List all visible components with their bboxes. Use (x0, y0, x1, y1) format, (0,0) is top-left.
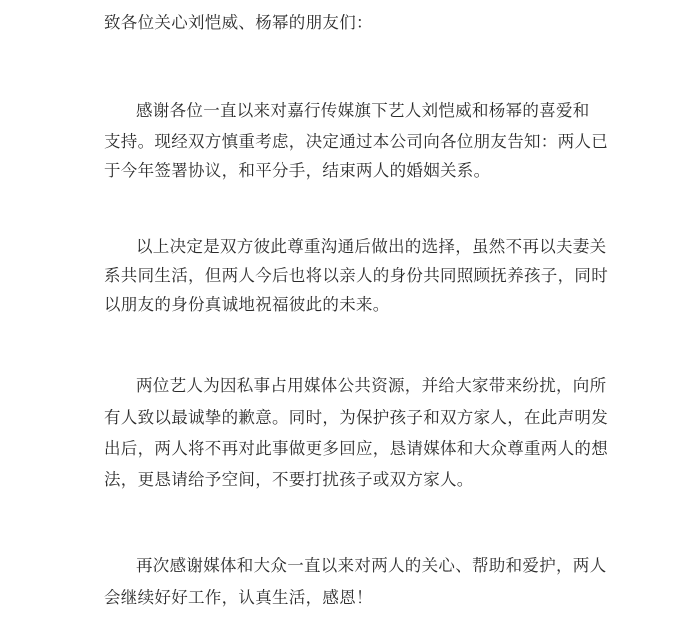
paragraph-line: 于今年签署协议，和平分手，结束两人的婚姻关系。 (104, 161, 490, 181)
paragraph-line: 以朋友的身份真诚地祝福彼此的未来。 (104, 295, 390, 315)
paragraph-line: 再次感谢媒体和大众一直以来对两人的关心、帮助和爱护，两人 (136, 556, 606, 576)
paragraph-line: 法，更恳请给予空间，不要打扰孩子或双方家人。 (104, 470, 474, 490)
paragraph-line: 会继续好好工作，认真生活，感恩！ (104, 588, 373, 608)
paragraph-line: 以上决定是双方彼此尊重沟通后做出的选择，虽然不再以夫妻关 (136, 237, 606, 257)
paragraph-line: 感谢各位一直以来对嘉行传媒旗下艺人刘恺威和杨幂的喜爱和 (136, 101, 590, 121)
paragraph-line: 两位艺人为因私事占用媒体公共资源，并给大家带来纷扰，向所 (136, 376, 606, 396)
paragraph-line: 系共同生活，但两人今后也将以亲人的身份共同照顾抚养孩子，同时 (104, 266, 608, 286)
salutation: 致各位关心刘恺威、杨幂的朋友们： (104, 13, 373, 33)
paragraph-line: 有人致以最诚挚的歉意。同时，为保护孩子和双方家人，在此声明发 (104, 408, 608, 428)
paragraph-line: 支持。现经双方慎重考虑，决定通过本公司向各位朋友告知：两人已 (104, 132, 608, 152)
statement-document: 致各位关心刘恺威、杨幂的朋友们： 感谢各位一直以来对嘉行传媒旗下艺人刘恺威和杨幂… (0, 0, 678, 625)
paragraph-line: 出后，两人将不再对此事做更多回应，恳请媒体和大众尊重两人的想 (104, 439, 608, 459)
